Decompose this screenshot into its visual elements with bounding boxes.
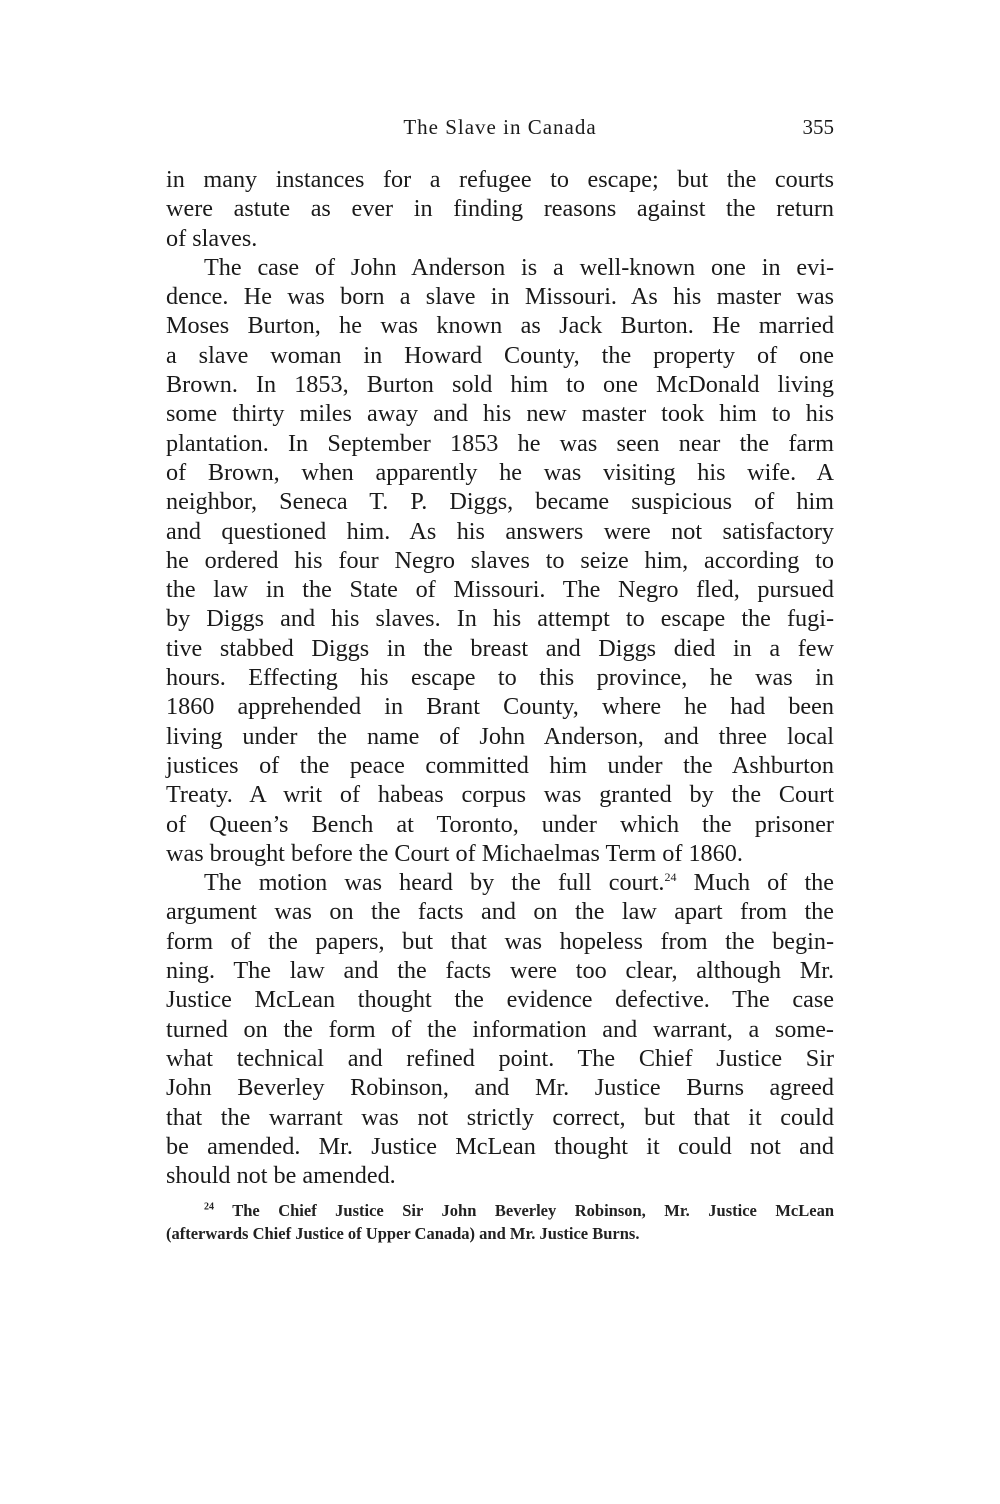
text-line: of Brown, when apparently he was visitin… (166, 458, 834, 487)
text-line: argument was on the facts and on the law… (166, 897, 834, 926)
footnote-reference[interactable]: 24 (664, 870, 676, 884)
text-line: tive stabbed Diggs in the breast and Dig… (166, 634, 834, 663)
text-line: 1860 apprehended in Brant County, where … (166, 692, 834, 721)
text-line: form of the papers, but that was hopeles… (166, 927, 834, 956)
text-line: justices of the peace committed him unde… (166, 751, 834, 780)
paragraph: The motion was heard by the full court.2… (166, 868, 834, 1190)
text-line: that the warrant was not strictly correc… (166, 1103, 834, 1132)
text-line: be amended. Mr. Justice McLean thought i… (166, 1132, 834, 1161)
text-line: of Queen’s Bench at Toronto, under which… (166, 810, 834, 839)
text-span: Much of the (694, 869, 834, 896)
footnote: 24 The Chief Justice Sir John Beverley R… (166, 1199, 834, 1245)
text-line: and questioned him. As his answers were … (166, 517, 834, 546)
text-line: was brought before the Court of Michaelm… (166, 839, 834, 868)
text-line: hours. Effecting his escape to this prov… (166, 663, 834, 692)
text-line: some thirty miles away and his new maste… (166, 399, 834, 428)
text-line: of slaves. (166, 224, 834, 253)
running-title: The Slave in Canada (166, 115, 834, 140)
text-line: neighbor, Seneca T. P. Diggs, became sus… (166, 487, 834, 516)
footnote-line: (afterwards Chief Justice of Upper Canad… (166, 1222, 834, 1245)
footnote-text: The Chief Justice Sir John Beverley Robi… (232, 1201, 834, 1220)
text-line: living under the name of John Anderson, … (166, 722, 834, 751)
text-line: were astute as ever in finding reasons a… (166, 194, 834, 223)
text-line: turned on the form of the information an… (166, 1015, 834, 1044)
text-line: by Diggs and his slaves. In his attempt … (166, 604, 834, 633)
text-line: John Beverley Robinson, and Mr. Justice … (166, 1073, 834, 1102)
text-line: ning. The law and the facts were too cle… (166, 956, 834, 985)
footnote-line: 24 The Chief Justice Sir John Beverley R… (166, 1199, 834, 1222)
text-line: in many instances for a refugee to escap… (166, 165, 834, 194)
text-line: dence. He was born a slave in Missouri. … (166, 282, 834, 311)
page-number: 355 (803, 115, 835, 140)
text-line: a slave woman in Howard County, the prop… (166, 341, 834, 370)
page-header: The Slave in Canada 355 (166, 115, 834, 145)
text-line: should not be amended. (166, 1161, 834, 1190)
text-line: The motion was heard by the full court.2… (166, 868, 834, 897)
paragraph: in many instances for a refugee to escap… (166, 165, 834, 253)
text-line: Brown. In 1853, Burton sold him to one M… (166, 370, 834, 399)
text-line: Justice McLean thought the evidence defe… (166, 985, 834, 1014)
book-page: The Slave in Canada 355 in many instance… (0, 0, 1000, 1504)
text-line: The case of John Anderson is a well-know… (166, 253, 834, 282)
text-line: the law in the State of Missouri. The Ne… (166, 575, 834, 604)
paragraph: The case of John Anderson is a well-know… (166, 253, 834, 868)
text-line: Treaty. A writ of habeas corpus was gran… (166, 780, 834, 809)
text-line: what technical and refined point. The Ch… (166, 1044, 834, 1073)
text-line: Moses Burton, he was known as Jack Burto… (166, 311, 834, 340)
text-line: plantation. In September 1853 he was see… (166, 429, 834, 458)
text-line: he ordered his four Negro slaves to seiz… (166, 546, 834, 575)
body-text: in many instances for a refugee to escap… (166, 165, 834, 1190)
text-span: The motion was heard by the full court. (204, 869, 664, 896)
footnote-number: 24 (204, 1202, 214, 1213)
